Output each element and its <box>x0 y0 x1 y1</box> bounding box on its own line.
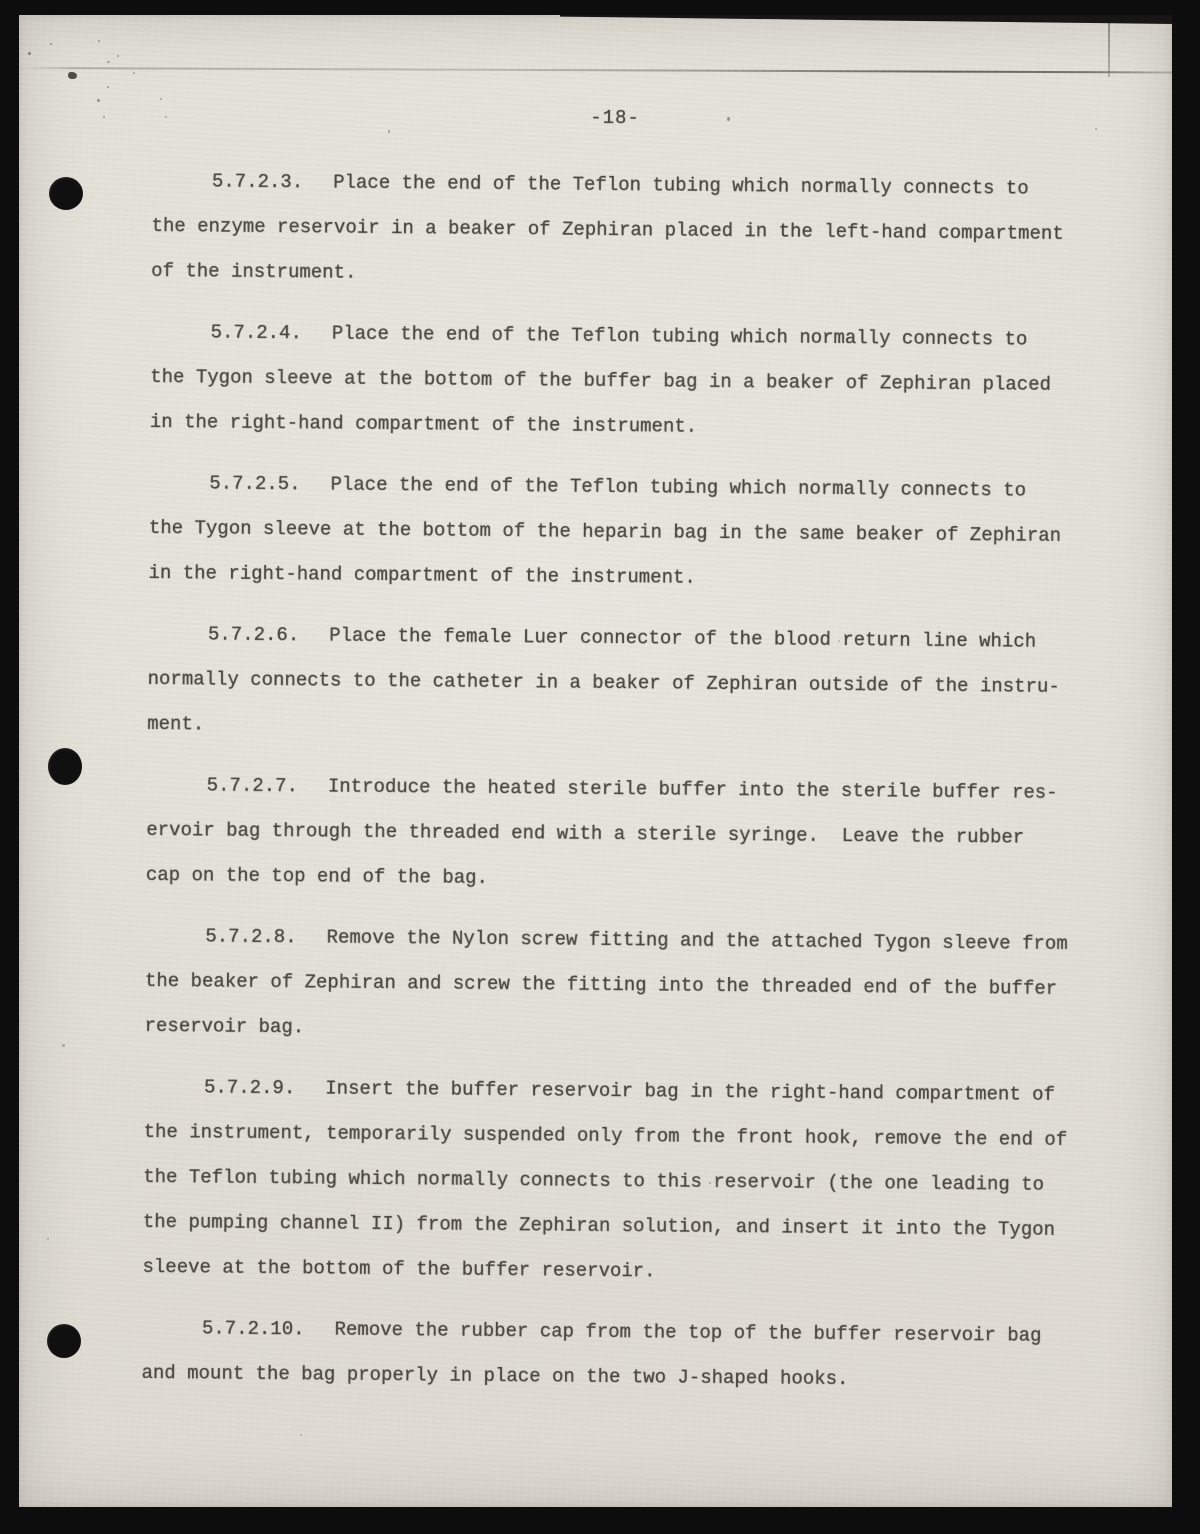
scan-speck <box>133 72 135 74</box>
typed-line: in the right-hand compartment of the ins… <box>148 551 1072 604</box>
typed-line-text: Place the end of the Teflon tubing which… <box>333 172 1029 200</box>
scan-speck <box>1095 128 1097 130</box>
typed-line: 5.7.2.8.Remove the Nylon screw fitting a… <box>145 914 1069 967</box>
typed-paragraph: 5.7.2.8.Remove the Nylon screw fitting a… <box>144 914 1069 1057</box>
scan-speck <box>727 117 730 121</box>
typed-paragraph: 5.7.2.5.Place the end of the Teflon tubi… <box>148 461 1073 604</box>
typed-line: and mount the bag properly in place on t… <box>141 1351 1065 1404</box>
typed-line: cap on the top end of the bag. <box>146 853 1070 906</box>
typed-line: the Teflon tubing which normally connect… <box>143 1155 1067 1208</box>
hole-punch <box>47 1324 81 1358</box>
paragraph-number: 5.7.2.5. <box>209 461 331 507</box>
scan-speck <box>709 1182 711 1184</box>
typed-line: 5.7.2.10.Remove the rubber cap from the … <box>142 1306 1066 1359</box>
typed-line: 5.7.2.9.Insert the buffer reservoir bag … <box>144 1065 1068 1118</box>
typed-line: 5.7.2.4.Place the end of the Teflon tubi… <box>150 310 1074 363</box>
paper-sheet: -18- 5.7.2.3.Place the end of the Teflon… <box>19 15 1172 1507</box>
scan-speck <box>103 116 105 118</box>
typed-line-text: Remove the rubber cap from the top of th… <box>334 1319 1041 1347</box>
paragraph-number: 5.7.2.10. <box>202 1306 335 1352</box>
typed-line-text: Introduce the heated sterile buffer into… <box>328 775 1058 803</box>
typed-line: the Tygon sleeve at the bottom of the bu… <box>150 355 1074 408</box>
scan-speck <box>97 99 100 102</box>
typed-line: of the instrument. <box>151 249 1075 302</box>
scan-speck <box>107 86 109 88</box>
scan-speck <box>98 40 100 42</box>
scan-speck <box>838 640 840 642</box>
typed-line: ervoir bag through the threaded end with… <box>146 808 1070 861</box>
typed-line: 5.7.2.7.Introduce the heated sterile buf… <box>146 763 1070 816</box>
typed-line: the beaker of Zephiran and screw the fit… <box>145 959 1069 1012</box>
typed-line-text: Place the female Luer connector of the b… <box>329 625 1036 653</box>
typed-line: in the right-hand compartment of the ins… <box>150 400 1074 453</box>
scan-speck <box>107 61 110 63</box>
typed-line-text: Place the end of the Teflon tubing which… <box>330 474 1026 502</box>
typed-line: 5.7.2.3.Place the end of the Teflon tubi… <box>152 159 1076 212</box>
typed-paragraph: 5.7.2.7.Introduce the heated sterile buf… <box>146 763 1071 906</box>
scan-speck <box>300 1434 302 1436</box>
scan-speck <box>165 116 167 118</box>
scan-speck <box>388 130 390 133</box>
typed-line: the Tygon sleeve at the bottom of the he… <box>149 506 1073 559</box>
typed-line: reservoir bag. <box>144 1004 1068 1057</box>
scan-speck <box>68 72 77 79</box>
typed-line: 5.7.2.6.Place the female Luer connector … <box>148 612 1072 665</box>
typed-line-text: Place the end of the Teflon tubing which… <box>332 323 1028 351</box>
scan-background: { "document": { "page_number": "-18-", "… <box>0 0 1200 1534</box>
hole-punch <box>49 177 83 210</box>
scan-speck <box>117 55 119 57</box>
scan-speck <box>28 52 31 55</box>
typed-line-text: Remove the Nylon screw fitting and the a… <box>326 926 1067 954</box>
paragraph-number: 5.7.2.4. <box>210 310 332 356</box>
typed-paragraph: 5.7.2.9.Insert the buffer reservoir bag … <box>142 1065 1067 1298</box>
paragraph-list: 5.7.2.3.Place the end of the Teflon tubi… <box>141 159 1075 1420</box>
typed-text: -18- 5.7.2.3.Place the end of the Teflon… <box>7 14 1173 1516</box>
scan-speck <box>160 98 162 100</box>
typed-line: normally connects to the catheter in a b… <box>147 657 1071 710</box>
typed-paragraph: 5.7.2.3.Place the end of the Teflon tubi… <box>151 159 1076 302</box>
page-number: -18- <box>152 92 1077 145</box>
typed-line: the instrument, temporarily suspended on… <box>143 1110 1067 1163</box>
paragraph-number: 5.7.2.9. <box>204 1065 326 1111</box>
typed-line: sleeve at the bottom of the buffer reser… <box>142 1245 1066 1298</box>
typed-line: 5.7.2.5.Place the end of the Teflon tubi… <box>149 461 1073 514</box>
typed-paragraph: 5.7.2.6.Place the female Luer connector … <box>147 612 1072 755</box>
typed-line: the pumping channel II) from the Zephira… <box>143 1200 1067 1253</box>
typed-line: the enzyme reservoir in a beaker of Zeph… <box>151 204 1075 257</box>
paragraph-number: 5.7.2.8. <box>205 914 327 960</box>
hole-punch <box>48 748 82 785</box>
typed-line: ment. <box>147 702 1071 755</box>
scan-speck <box>50 43 52 45</box>
scan-speck <box>47 1238 49 1240</box>
typed-paragraph: 5.7.2.10.Remove the rubber cap from the … <box>141 1306 1065 1404</box>
paragraph-number: 5.7.2.7. <box>206 763 328 809</box>
typed-paragraph: 5.7.2.4.Place the end of the Teflon tubi… <box>150 310 1075 453</box>
paragraph-number: 5.7.2.3. <box>212 159 334 205</box>
typed-line-text: Insert the buffer reservoir bag in the r… <box>325 1077 1055 1105</box>
scan-speck <box>62 1044 65 1047</box>
paragraph-number: 5.7.2.6. <box>208 612 330 658</box>
